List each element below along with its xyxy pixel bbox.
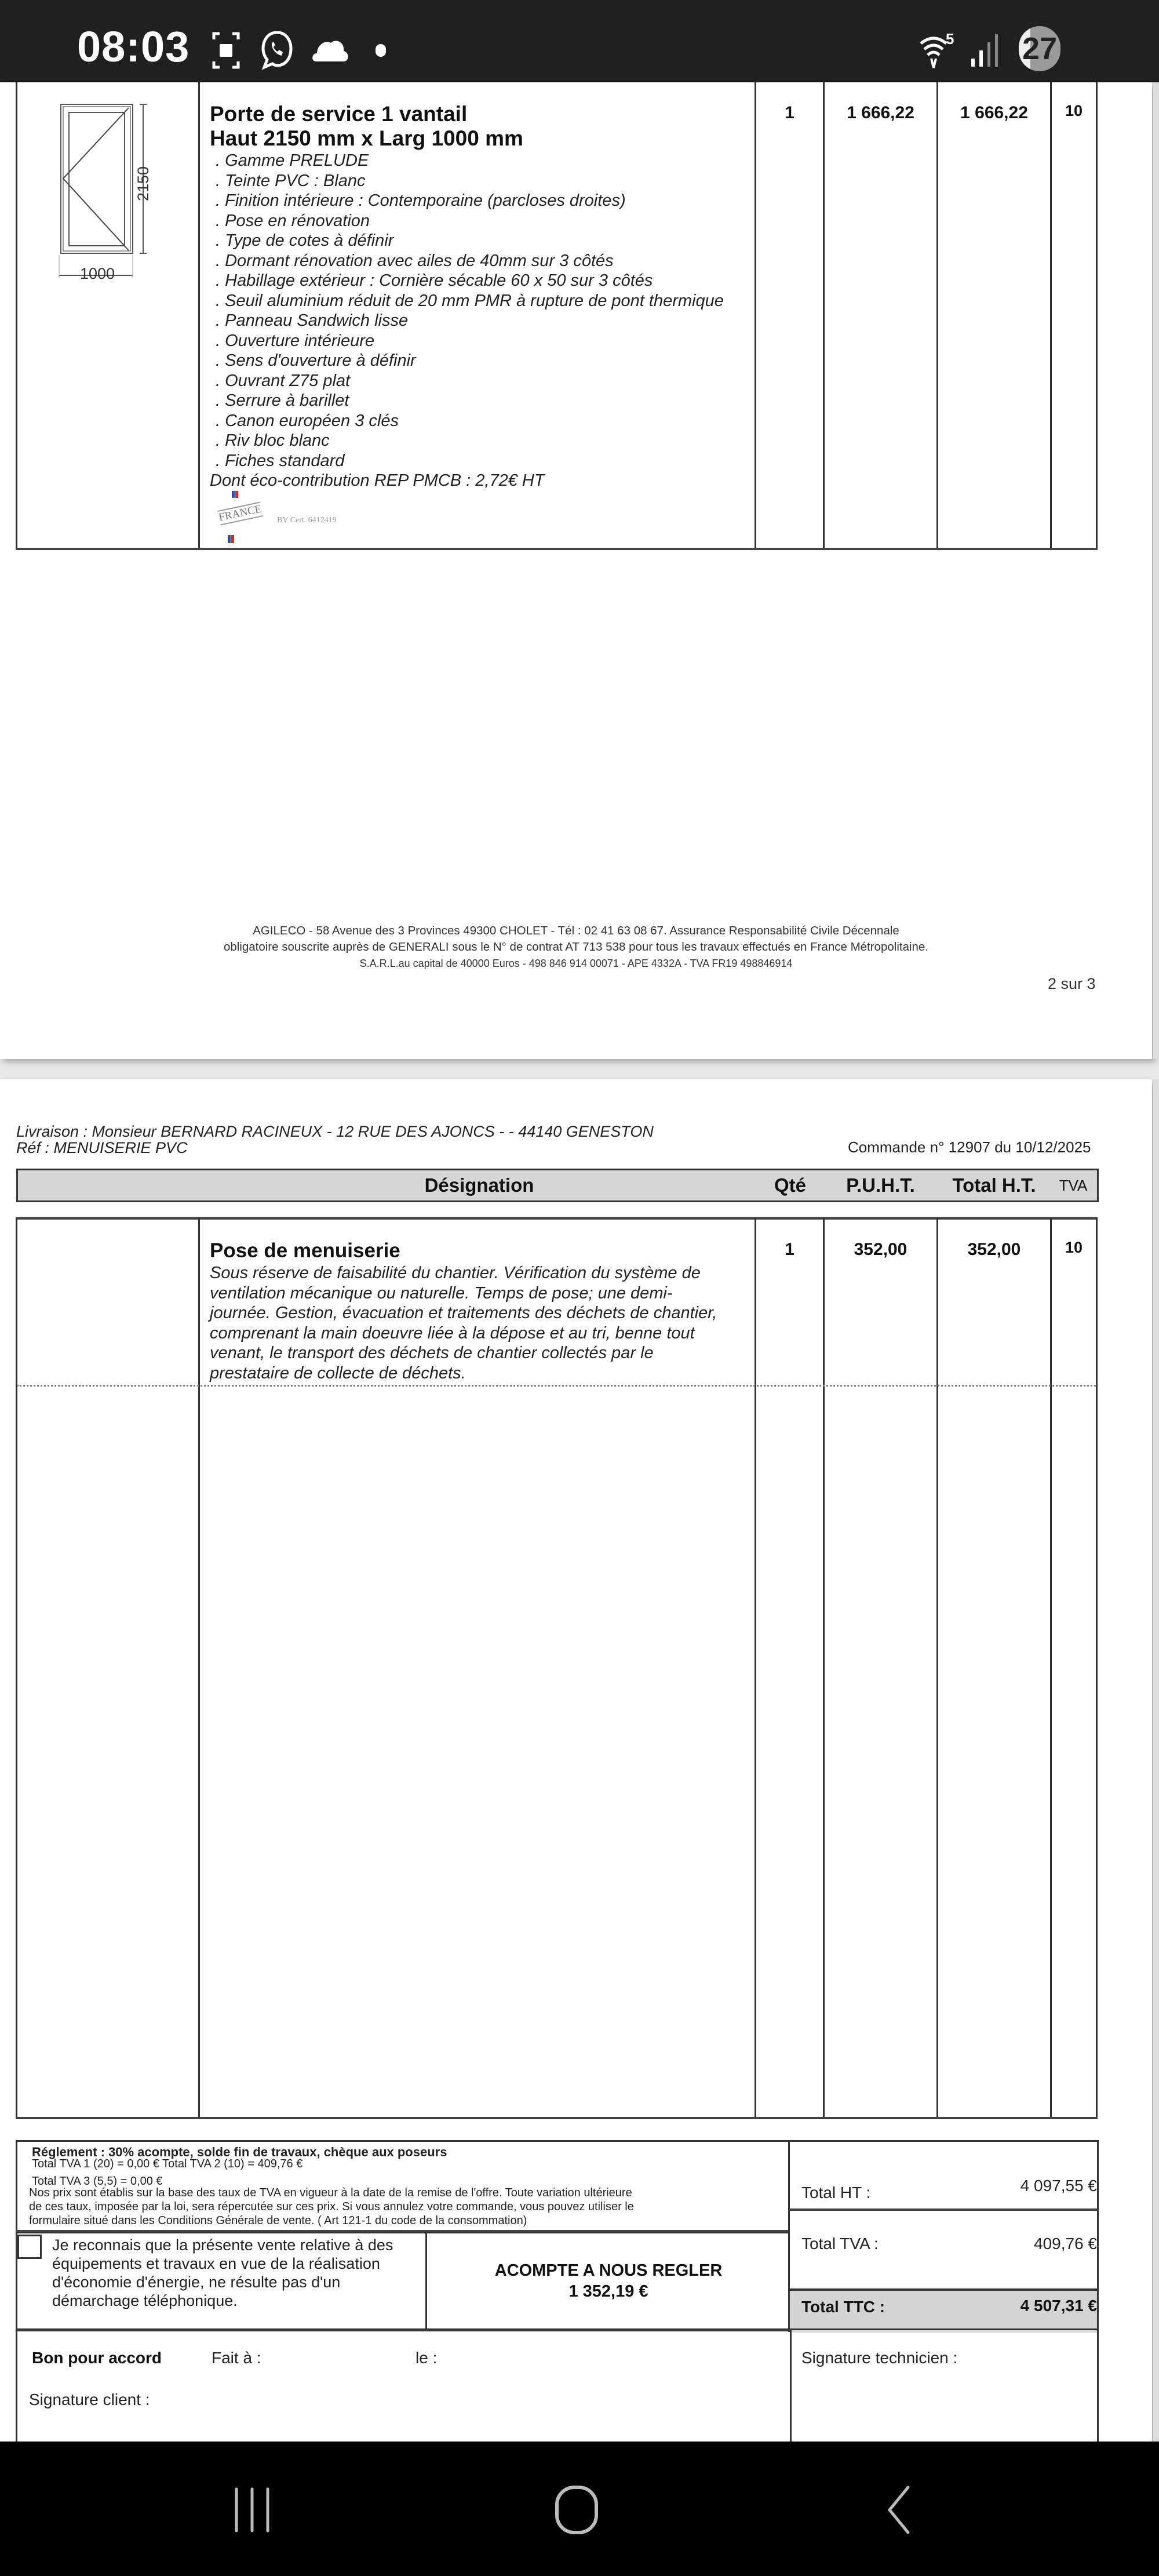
text-line: . Type de cotes à définir: [216, 231, 749, 251]
origine-france-badge: FRANCE: [217, 491, 265, 543]
payment-terms-box: Réglement : 30% acompte, solde fin de tr…: [16, 2140, 790, 2233]
header-total-ht: Total H.T.: [938, 1170, 1050, 1200]
navigation-bar: [0, 2442, 1159, 2576]
pdf-page-3[interactable]: Livraison : Monsieur BERNARD RACINEUX - …: [0, 1079, 1152, 2442]
total-ttc-value: 4 507,31 €: [1020, 2297, 1097, 2315]
total-ttc-label: Total TTC :: [801, 2298, 885, 2316]
legal-notice: Nos prix sont établis sur la base des ta…: [29, 2186, 634, 2228]
total-tva-label: Total TVA :: [801, 2235, 879, 2253]
drawing-width-label: 1000: [80, 265, 115, 283]
eco-contribution: Dont éco-contribution REP PMCB : 2,72€ H…: [210, 471, 749, 491]
item-title: Pose de menuiserie: [210, 1239, 749, 1263]
home-button[interactable]: [553, 2485, 600, 2535]
place-field[interactable]: Fait à :: [212, 2349, 261, 2367]
column-divider: [755, 1217, 756, 2119]
approval-label: Bon pour accord: [32, 2349, 162, 2367]
text-line: Je reconnais que la présente vente relat…: [52, 2236, 393, 2254]
totals-box: Total HT : 4 097,55 € Total TVA : 409,76…: [788, 2140, 1099, 2332]
drawing-height-label: 2150: [134, 166, 152, 201]
column-divider: [198, 82, 200, 549]
text-line: prestataire de collecte de déchets.: [210, 1363, 749, 1384]
text-line: . Riv bloc blanc: [216, 431, 749, 451]
screenshot-icon: [212, 30, 240, 71]
header-unit-price: P.U.H.T.: [825, 1170, 936, 1200]
signal-icon: [969, 32, 1004, 68]
text-line: . Ouverture intérieure: [216, 331, 749, 351]
item-qty: 1: [756, 103, 823, 123]
text-line: . Pose en rénovation: [216, 211, 749, 231]
table-border: [1096, 82, 1098, 549]
table-border: [16, 1217, 17, 2119]
total-tva-value: 409,76 €: [1034, 2235, 1097, 2253]
text-line: Nos prix sont établis sur la base des ta…: [29, 2186, 634, 2200]
page-indicator: 2 sur 3: [1048, 975, 1096, 993]
table-header: Désignation Qté P.U.H.T. Total H.T. TVA: [16, 1169, 1099, 1202]
column-divider: [936, 82, 938, 549]
certification-text: BV Cert. 6412419: [277, 516, 337, 525]
notification-dot-icon: [376, 44, 386, 57]
text-line: . Teinte PVC : Blanc: [216, 171, 749, 191]
total-ttc-row: Total TTC : 4 507,31 €: [790, 2288, 1097, 2333]
item-designation: Porte de service 1 vantail Haut 2150 mm …: [210, 102, 749, 491]
signature-box: Bon pour accord Fait à : le : Signature …: [16, 2328, 1099, 2446]
column-divider: [936, 1217, 938, 2119]
text-line: . Panneau Sandwich lisse: [216, 311, 749, 331]
technician-signature-field[interactable]: Signature technicien :: [801, 2349, 957, 2367]
column-divider: [790, 2330, 792, 2446]
table-bottom-border: [16, 2117, 1098, 2119]
item-options-list: . Gamme PRELUDE. Teinte PVC : Blanc. Fin…: [210, 151, 749, 471]
text-line: équipements et travaux en vue de la réal…: [52, 2254, 393, 2273]
date-field[interactable]: le :: [416, 2349, 437, 2367]
item-title: Porte de service 1 vantail: [210, 102, 749, 126]
text-line: . Finition intérieure : Contemporaine (p…: [216, 191, 749, 211]
order-reference: Réf : MENUISERIE PVC: [16, 1140, 654, 1156]
text-line: . Fiches standard: [216, 451, 749, 471]
column-divider: [1050, 82, 1052, 549]
acknowledgement-box: Je reconnais que la présente vente relat…: [16, 2231, 790, 2331]
row-separator: [17, 1385, 1096, 1387]
text-line: ventilation mécanique ou naturelle. Temp…: [210, 1283, 749, 1304]
text-line: . Habillage extérieur : Cornière sécable…: [216, 271, 749, 291]
status-bar: 08:03 5 27: [0, 0, 1159, 82]
table-border: [1096, 1217, 1098, 2119]
scrollbar-track[interactable]: [1153, 1079, 1159, 2442]
total-ht-label: Total HT :: [801, 2184, 870, 2202]
pdf-page-2[interactable]: 2150 1000 Porte de service 1 vantail Hau…: [0, 82, 1152, 1059]
total-ht-value: 4 097,55 €: [1020, 2177, 1097, 2195]
wifi-badge: 5: [946, 30, 954, 48]
battery-indicator: 27: [1019, 26, 1060, 71]
text-line: . Seuil aluminium réduit de 20 mm PMR à …: [216, 291, 749, 311]
text-line: . Sens d'ouverture à définir: [216, 351, 749, 371]
item-designation: Pose de menuiserie Sous réserve de faisa…: [210, 1239, 749, 1383]
item-total-ht: 1 666,22: [938, 103, 1050, 123]
column-divider: [823, 1217, 825, 2119]
text-line: d'économie d'énergie, ne résulte pas d'u…: [52, 2273, 393, 2291]
item-description: Sous réserve de faisabilité du chantier.…: [210, 1263, 749, 1383]
item-unit-price: 352,00: [825, 1240, 936, 1260]
item-tva: 10: [1052, 1239, 1096, 1257]
company-footer: AGILECO - 58 Avenue des 3 Provinces 4930…: [0, 923, 1152, 972]
clock: 08:03: [77, 22, 189, 71]
header-qty: Qté: [757, 1170, 823, 1200]
totals-divider: [790, 2208, 1097, 2211]
recent-apps-button[interactable]: [232, 2487, 272, 2533]
item-unit-price: 1 666,22: [825, 103, 936, 123]
text-line: . Ouvrant Z75 plat: [216, 371, 749, 391]
column-divider: [198, 1217, 200, 2119]
item-qty: 1: [756, 1240, 823, 1260]
order-number: Commande n° 12907 du 10/12/2025: [848, 1138, 1091, 1156]
text-line: . Dormant rénovation avec ailes de 40mm …: [216, 251, 749, 271]
deposit-amount: 1 352,19 €: [427, 2281, 790, 2302]
header-tva: TVA: [1051, 1170, 1095, 1200]
text-line: . Canon européen 3 clés: [216, 411, 749, 431]
scrollbar-track[interactable]: [1153, 82, 1159, 1059]
delivery-address: Livraison : Monsieur BERNARD RACINEUX - …: [16, 1123, 654, 1140]
item-tva: 10: [1052, 102, 1096, 120]
text-line: comprenant la main doeuvre liée à la dép…: [210, 1323, 749, 1344]
item-dimensions: Haut 2150 mm x Larg 1000 mm: [210, 126, 749, 151]
text-line: formulaire situé dans les Conditions Gén…: [29, 2214, 634, 2228]
table-border: [16, 82, 17, 549]
text-line: de ces taux, imposée par la loi, sera ré…: [29, 2200, 634, 2214]
text-line: Sous réserve de faisabilité du chantier.…: [210, 1263, 749, 1283]
deposit-label: ACOMPTE A NOUS REGLER: [427, 2260, 790, 2281]
deposit-box: ACOMPTE A NOUS REGLER 1 352,19 €: [427, 2260, 790, 2302]
delivery-info: Livraison : Monsieur BERNARD RACINEUX - …: [16, 1123, 654, 1156]
client-signature-field[interactable]: Signature client :: [29, 2391, 150, 2409]
acknowledgement-checkbox[interactable]: [17, 2235, 42, 2259]
tva-breakdown-1: Total TVA 1 (20) = 0,00 € Total TVA 2 (1…: [32, 2157, 302, 2171]
cloud-icon: [310, 37, 351, 63]
column-divider: [755, 82, 756, 549]
column-divider: [823, 82, 825, 549]
text-line: venant, le transport des déchets de chan…: [210, 1343, 749, 1363]
text-line: . Serrure à barillet: [216, 391, 749, 411]
whatsapp-icon: [260, 29, 294, 71]
acknowledgement-text: Je reconnais que la présente vente relat…: [52, 2236, 393, 2310]
table-bottom-border: [16, 548, 1098, 550]
column-divider: [1050, 1217, 1052, 2119]
text-line: démarchage téléphonique.: [52, 2291, 393, 2310]
text-line: journée. Gestion, évacuation et traiteme…: [210, 1303, 749, 1323]
item-total-ht: 352,00: [938, 1240, 1050, 1260]
text-line: . Gamme PRELUDE: [216, 151, 749, 171]
back-button[interactable]: [884, 2485, 913, 2535]
summary-divider: [16, 2230, 790, 2232]
table-top-border: [16, 1217, 1098, 1220]
